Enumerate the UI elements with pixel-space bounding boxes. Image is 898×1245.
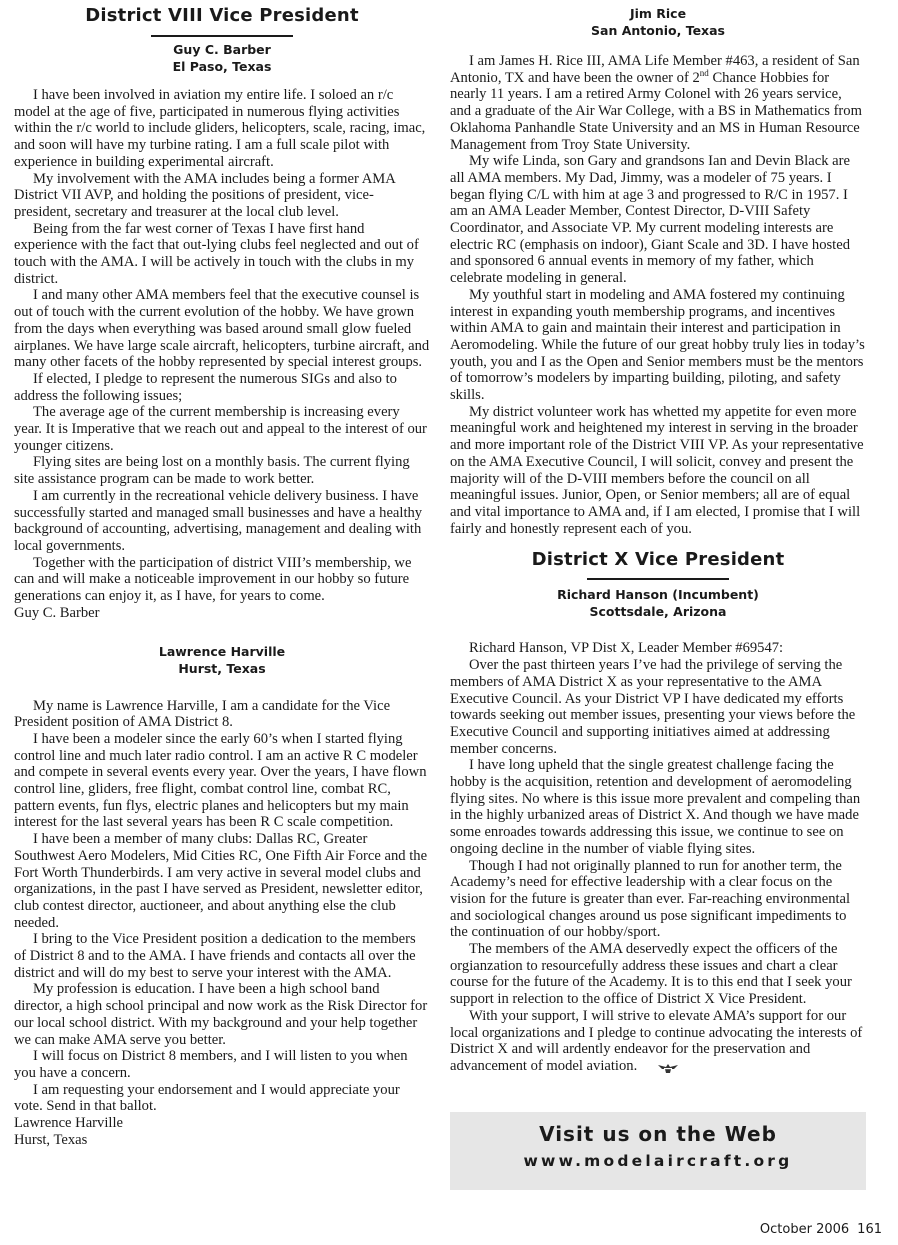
signature: Guy C. Barber bbox=[14, 605, 430, 622]
candidate-name: Jim Rice bbox=[450, 5, 866, 22]
paragraph: I am currently in the recreational vehic… bbox=[14, 488, 430, 555]
paragraph: My involvement with the AMA includes bei… bbox=[14, 171, 430, 221]
paragraph: I and many other AMA members feel that t… bbox=[14, 287, 430, 371]
candidate-name: Guy C. Barber bbox=[14, 41, 430, 58]
candidate-name: Richard Hanson (Incumbent) bbox=[450, 586, 866, 603]
candidate-location: El Paso, Texas bbox=[14, 58, 430, 75]
paragraph: My wife Linda, son Gary and grandsons Ia… bbox=[450, 153, 866, 287]
paragraph: I have been a member of many clubs: Dall… bbox=[14, 831, 430, 931]
candidate-byline: Jim Rice San Antonio, Texas bbox=[450, 5, 866, 39]
paragraph: I am James H. Rice III, AMA Life Member … bbox=[450, 53, 866, 153]
page-number: 161 bbox=[857, 1222, 882, 1237]
website-promo-box: Visit us on the Web www.modelaircraft.or… bbox=[450, 1112, 866, 1190]
candidate-location: Scottsdale, Arizona bbox=[450, 603, 866, 620]
paragraph: Together with the participation of distr… bbox=[14, 555, 430, 605]
paragraph: Though I had not originally planned to r… bbox=[450, 858, 866, 942]
section-title-district-x: District X Vice President bbox=[450, 549, 866, 570]
title-divider bbox=[587, 578, 729, 580]
paragraph: Richard Hanson, VP Dist X, Leader Member… bbox=[450, 640, 866, 657]
paragraph: The average age of the current membershi… bbox=[14, 404, 430, 454]
left-column: District VIII Vice President Guy C. Barb… bbox=[14, 0, 430, 1148]
paragraph: With your support, I will strive to elev… bbox=[450, 1008, 866, 1075]
candidate-location: Hurst, Texas bbox=[14, 660, 430, 677]
paragraph: My district volunteer work has whetted m… bbox=[450, 404, 866, 538]
web-promo-title: Visit us on the Web bbox=[450, 1112, 866, 1146]
ama-eagle-logo-icon bbox=[639, 1062, 659, 1072]
paragraph: I have been a modeler since the early 60… bbox=[14, 731, 430, 831]
paragraph: Over the past thirteen years I’ve had th… bbox=[450, 657, 866, 757]
paragraph: Flying sites are being lost on a monthly… bbox=[14, 454, 430, 487]
candidate-location: San Antonio, Texas bbox=[450, 22, 866, 39]
ordinal-superscript: nd bbox=[700, 68, 709, 78]
candidate-statement: I am James H. Rice III, AMA Life Member … bbox=[450, 53, 866, 537]
paragraph: I will focus on District 8 members, and … bbox=[14, 1048, 430, 1081]
issue-date: October 2006 bbox=[760, 1222, 849, 1237]
website-url-link[interactable]: www.modelaircraft.org bbox=[450, 1152, 866, 1170]
paragraph: I have long upheld that the single great… bbox=[450, 757, 866, 857]
candidate-byline: Richard Hanson (Incumbent) Scottsdale, A… bbox=[450, 586, 866, 620]
paragraph: My name is Lawrence Harville, I am a can… bbox=[14, 698, 430, 731]
paragraph: If elected, I pledge to represent the nu… bbox=[14, 371, 430, 404]
title-divider bbox=[151, 35, 293, 37]
right-column: Jim Rice San Antonio, Texas I am James H… bbox=[450, 0, 866, 1075]
section-title-district-viii: District VIII Vice President bbox=[14, 5, 430, 26]
signature-location: Hurst, Texas bbox=[14, 1132, 430, 1149]
page-footer: October 2006161 bbox=[760, 1222, 882, 1237]
candidate-name: Lawrence Harville bbox=[14, 643, 430, 660]
paragraph: I have been involved in aviation my enti… bbox=[14, 87, 430, 171]
signature-name: Lawrence Harville bbox=[14, 1115, 430, 1132]
candidate-statement: I have been involved in aviation my enti… bbox=[14, 87, 430, 622]
paragraph: My profession is education. I have been … bbox=[14, 981, 430, 1048]
paragraph: I bring to the Vice President position a… bbox=[14, 931, 430, 981]
paragraph: The members of the AMA deservedly expect… bbox=[450, 941, 866, 1008]
paragraph: Being from the far west corner of Texas … bbox=[14, 221, 430, 288]
candidate-statement: My name is Lawrence Harville, I am a can… bbox=[14, 698, 430, 1149]
candidate-statement: Richard Hanson, VP Dist X, Leader Member… bbox=[450, 640, 866, 1074]
paragraph: My youthful start in modeling and AMA fo… bbox=[450, 287, 866, 404]
candidate-byline: Guy C. Barber El Paso, Texas bbox=[14, 41, 430, 75]
paragraph: I am requesting your endorsement and I w… bbox=[14, 1082, 430, 1115]
candidate-byline: Lawrence Harville Hurst, Texas bbox=[14, 643, 430, 677]
